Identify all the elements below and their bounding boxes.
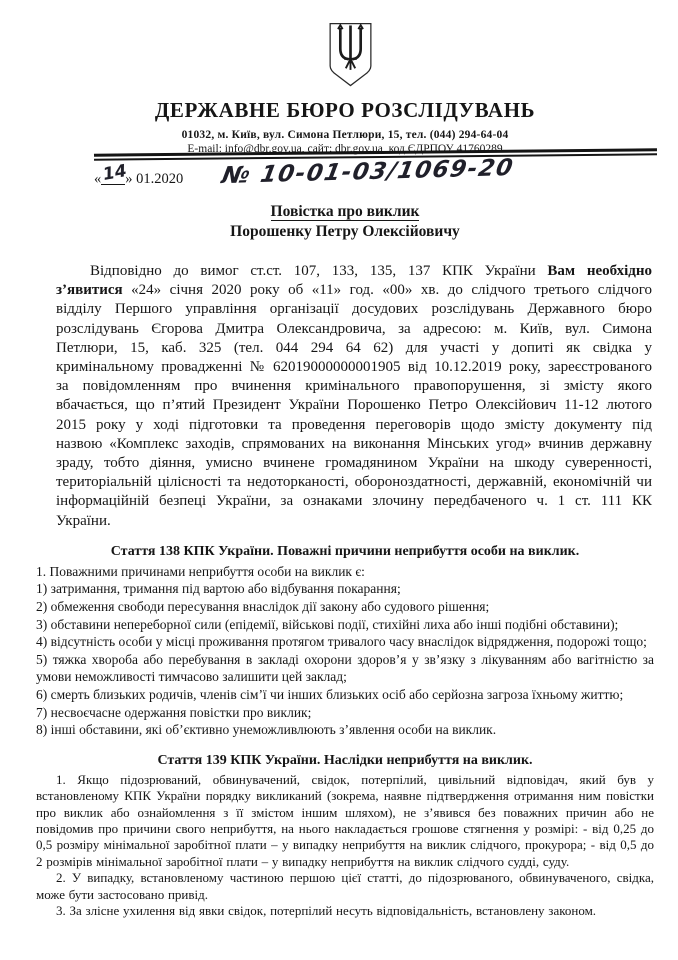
article-138-item: 8) інші обставини, які об’єктивно унемож… — [36, 721, 654, 739]
scanned-summons-document: ДЕРЖАВНЕ БЮРО РОЗСЛІДУВАНЬ 01032, м. Киї… — [0, 0, 678, 960]
article-139-body: 1. Якщо підозрюваний, обвинувачений, сві… — [36, 772, 654, 920]
article-138-heading: Стаття 138 КПК України. Поважні причини … — [36, 544, 654, 560]
article-139-paragraph: 3. За злісне ухилення від явки свідок, п… — [36, 903, 654, 919]
summons-paragraph: Відповідно до вимог ст.ст. 107, 133, 135… — [56, 262, 652, 531]
date-and-number-line: «14» 01.2020 № 10-01-03/1069-20 — [94, 169, 654, 203]
ukraine-trident-emblem-icon — [327, 20, 374, 95]
day-blank-underline: 14 — [101, 169, 125, 185]
article-138-item: 6) смерть близьких родичів, членів сім’ї… — [36, 686, 654, 704]
document-date: «14» 01.2020 — [94, 171, 183, 187]
summons-text-lead: Відповідно до вимог ст.ст. 107, 133, 135… — [90, 263, 547, 279]
org-address: 01032, м. Київ, вул. Симона Петлюри, 15,… — [36, 129, 654, 141]
article-138-item: 3) обставини непереборної сили (епідемії… — [36, 616, 654, 634]
article-138-body: 1. Поважними причинами неприбуття особи … — [36, 563, 654, 739]
article-138-item: 1) затримання, тримання під вартою або в… — [36, 580, 654, 598]
article-138-item: 4) відсутність особи у місці проживання … — [36, 633, 654, 651]
article-138-item: 2) обмеження свободи пересування внаслід… — [36, 598, 654, 616]
article-138-intro: 1. Поважними причинами неприбуття особи … — [36, 563, 654, 581]
title-block: Повістка про виклик Порошенку Петру Олек… — [36, 203, 654, 241]
handwritten-doc-number: № 10-01-03/1069-20 — [220, 155, 516, 189]
article-138-item: 7) несвоєчасне одержання повістки про ви… — [36, 704, 654, 722]
article-139-heading: Стаття 139 КПК України. Наслідки неприбу… — [36, 753, 654, 769]
document-recipient: Порошенку Петру Олексійовичу — [36, 223, 654, 241]
quote-open: « — [94, 171, 101, 187]
org-name: ДЕРЖАВНЕ БЮРО РОЗСЛІДУВАНЬ — [36, 98, 654, 123]
summons-text-body: «24» січня 2020 року об «11» год. «00» х… — [56, 282, 652, 528]
document-header: ДЕРЖАВНЕ БЮРО РОЗСЛІДУВАНЬ 01032, м. Киї… — [36, 20, 654, 155]
document-title: Повістка про виклик — [36, 203, 654, 221]
printed-month-year: 01.2020 — [136, 171, 183, 187]
handwritten-day: 14 — [102, 161, 129, 185]
article-139-paragraph: 2. У випадку, встановленому частиною пер… — [36, 870, 654, 903]
article-138-item: 5) тяжка хвороба або перебування в закла… — [36, 651, 654, 686]
article-139-paragraph: 1. Якщо підозрюваний, обвинувачений, сві… — [36, 772, 654, 870]
